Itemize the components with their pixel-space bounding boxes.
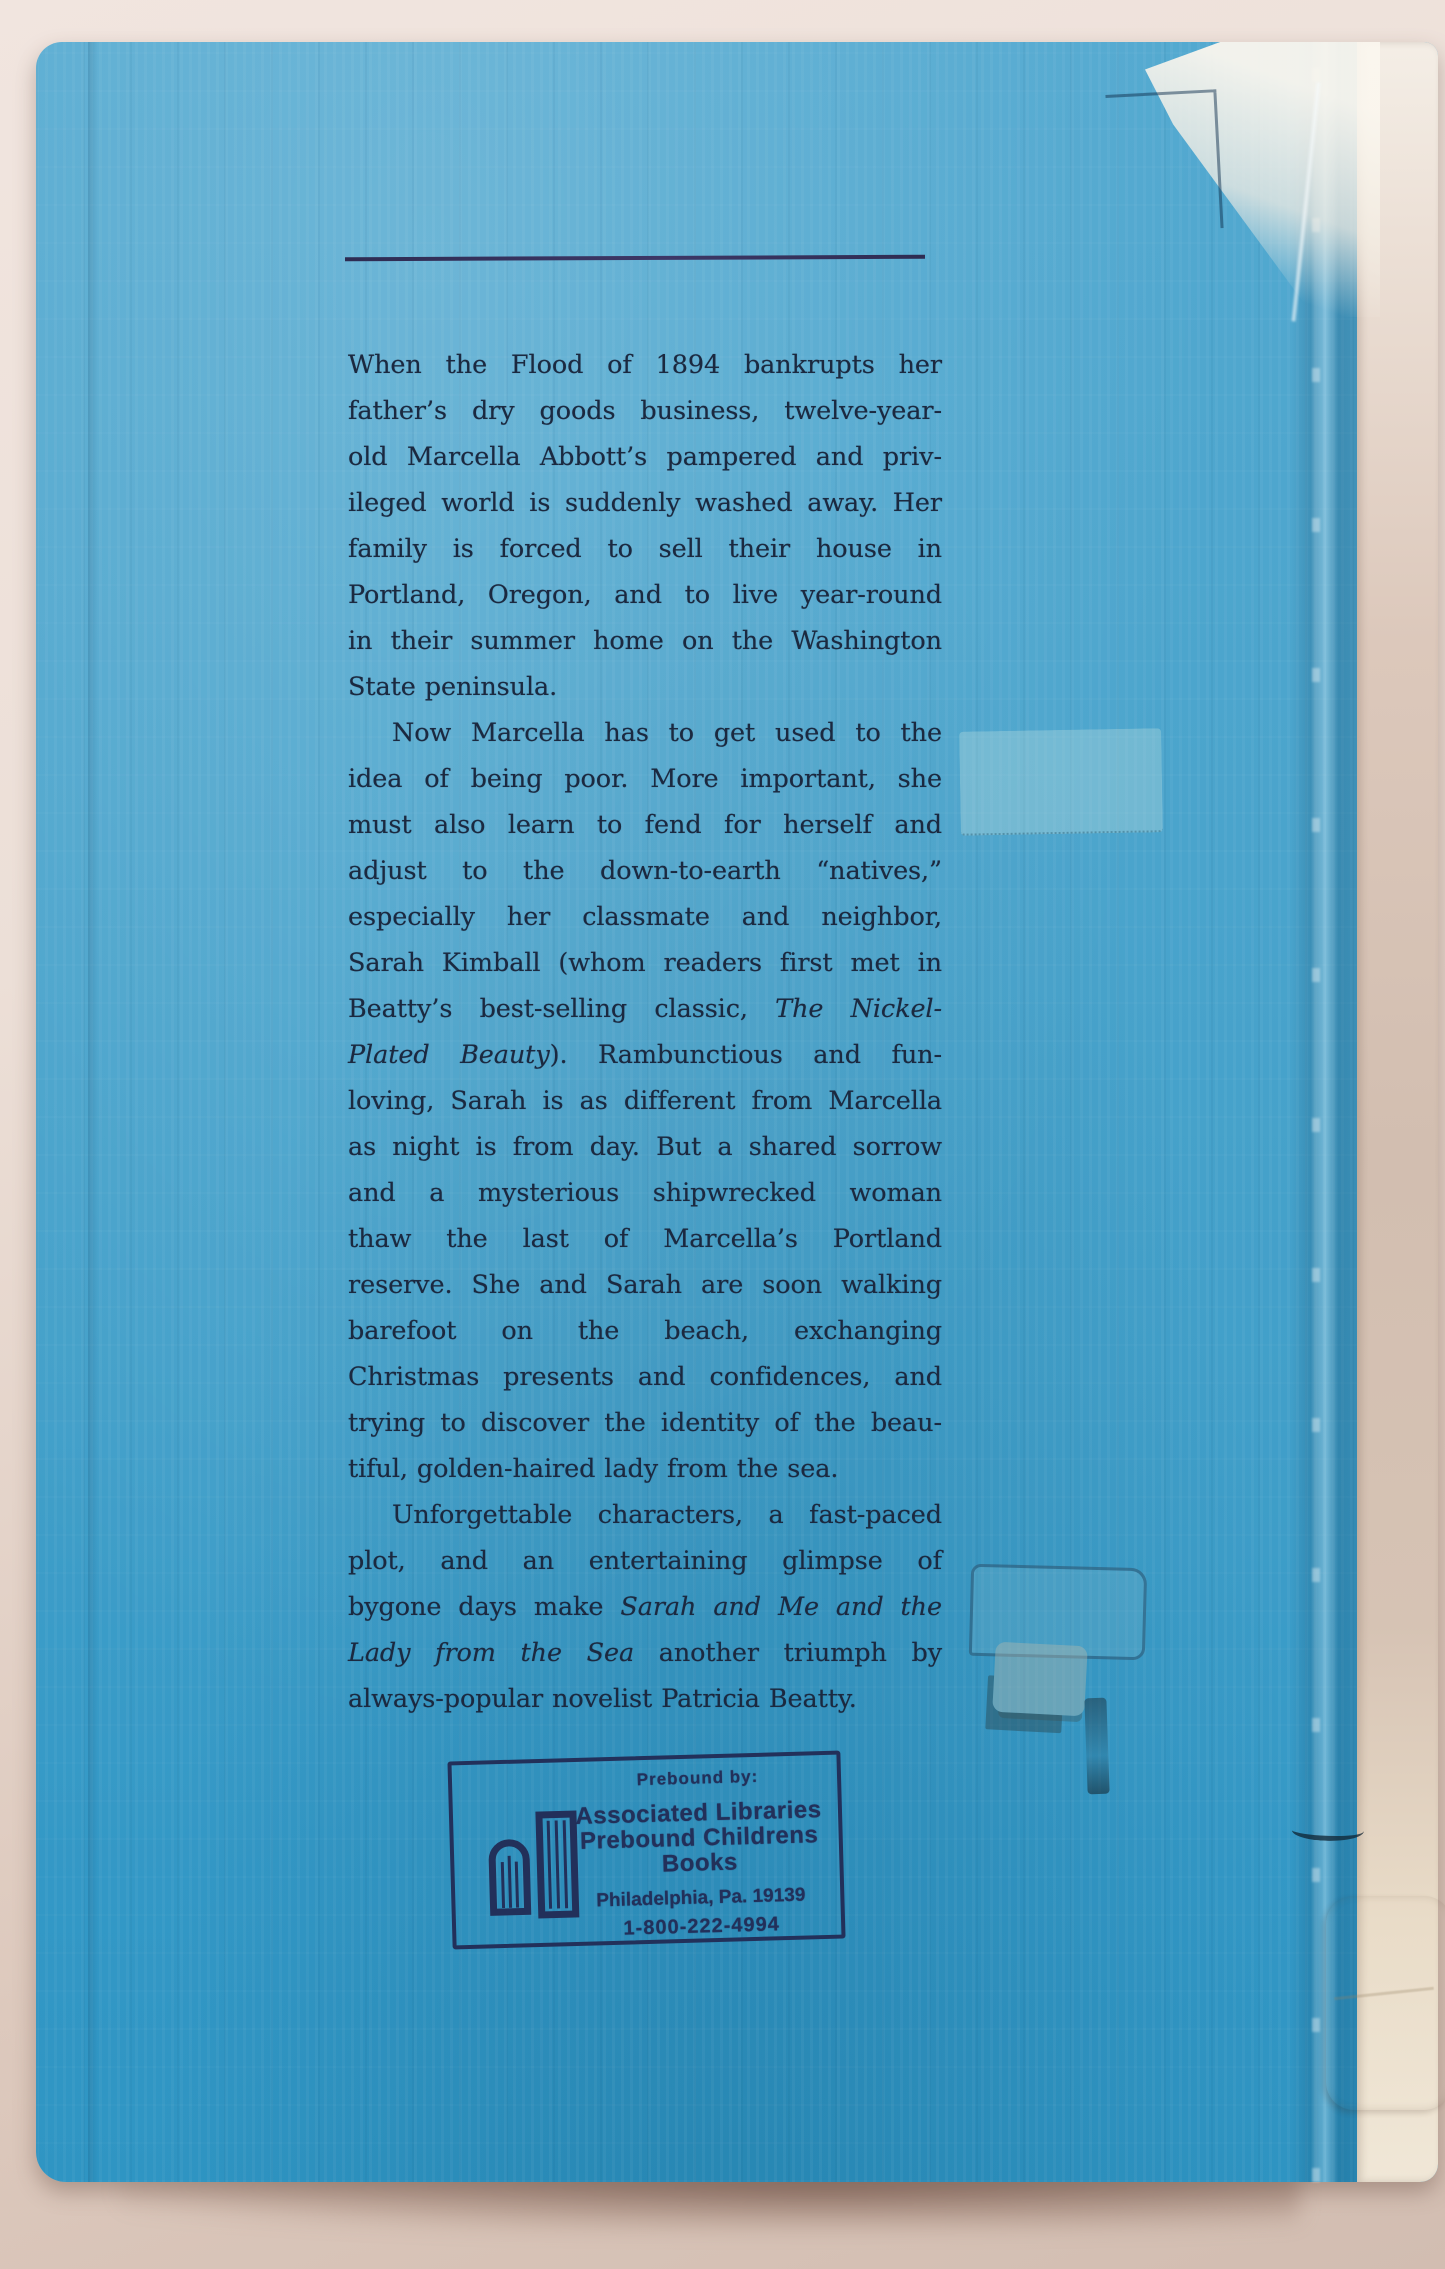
scratch-mark [1105, 89, 1223, 234]
worn-spine-edge [1357, 42, 1438, 2182]
blurb-paragraph: Now Marcella has to get used to theidea … [348, 710, 942, 1492]
blurb-line: loving, Sarah is as different from Marce… [348, 1078, 942, 1124]
stamp-phone: 1-800-222-4994 [568, 1912, 836, 1942]
blurb-line: adjust to the down-to-earth “natives,” [348, 848, 942, 894]
library-sticker [1326, 1896, 1445, 2110]
blurb-line: idea of being poor. More important, she [348, 756, 942, 802]
blurb-line: Unforgettable characters, a fast-paced [348, 1492, 942, 1538]
stamp-header: Prebound by: [564, 1765, 831, 1792]
blurb-line: family is forced to sell their house in [348, 526, 942, 572]
blurb-line: and a mysterious shipwrecked woman [348, 1170, 942, 1216]
label-residue-patch [992, 1642, 1088, 1717]
blurb-text: When the Flood of 1894 bankrupts herfath… [348, 342, 942, 1722]
blurb-line: in their summer home on the Washington [348, 618, 942, 664]
blurb-line: always-popular novelist Patricia Beatty. [348, 1676, 942, 1722]
blurb-line: thaw the last of Marcella’s Portland [348, 1216, 942, 1262]
blurb-line: Beatty’s best-selling classic, The Nicke… [348, 986, 942, 1032]
blurb-line: plot, and an entertaining glimpse of [348, 1538, 942, 1584]
blurb-line: trying to discover the identity of the b… [348, 1400, 942, 1446]
blurb-paragraph: When the Flood of 1894 bankrupts herfath… [348, 342, 942, 710]
blurb-line: father’s dry goods business, twelve-year… [348, 388, 942, 434]
blurb-line: reserve. She and Sarah are soon walking [348, 1262, 942, 1308]
photo-background: When the Flood of 1894 bankrupts herfath… [0, 0, 1445, 2269]
tape-residue-rectangle [959, 728, 1163, 836]
blurb-line: Christmas presents and confidences, and [348, 1354, 942, 1400]
blurb-line: Sarah Kimball (whom readers first met in [348, 940, 942, 986]
blurb-paragraph: Unforgettable characters, a fast-pacedpl… [348, 1492, 942, 1722]
blurb-line: Lady from the Sea another triumph by [348, 1630, 942, 1676]
blurb-line: barefoot on the beach, exchanging [348, 1308, 942, 1354]
left-cover-fold [88, 42, 98, 2182]
sticker-crease [1334, 1987, 1434, 2000]
blurb-line: old Marcella Abbott’s pampered and priv- [348, 434, 942, 480]
blurb-line: Plated Beauty). Rambunctious and fun- [348, 1032, 942, 1078]
book-back-cover: When the Flood of 1894 bankrupts herfath… [36, 42, 1438, 2182]
blurb-line: Portland, Oregon, and to live year-round [348, 572, 942, 618]
blurb-line: must also learn to fend for herself and [348, 802, 942, 848]
label-residue-streak [1084, 1698, 1109, 1795]
blurb-line: especially her classmate and neighbor, [348, 894, 942, 940]
spine-gloss-highlight [1312, 42, 1320, 2182]
blurb-line: When the Flood of 1894 bankrupts her [348, 342, 942, 388]
divider-rule [345, 255, 925, 262]
blurb-line: Now Marcella has to get used to the [348, 710, 942, 756]
blurb-line: bygone days make Sarah and Me and the [348, 1584, 942, 1630]
stamp-text: Prebound by: Associated Libraries Prebou… [564, 1765, 836, 1942]
prebinder-stamp-box: Prebound by: Associated Libraries Prebou… [447, 1751, 845, 1950]
blurb-line: State peninsula. [348, 664, 942, 710]
spine-hinge-fold [1291, 42, 1357, 2182]
blurb-line: ileged world is suddenly washed away. He… [348, 480, 942, 526]
blurb-line: tiful, golden-haired lady from the sea. [348, 1446, 942, 1492]
blurb-line: as night is from day. But a shared sorro… [348, 1124, 942, 1170]
stamp-address: Philadelphia, Pa. 19139 [567, 1884, 835, 1913]
